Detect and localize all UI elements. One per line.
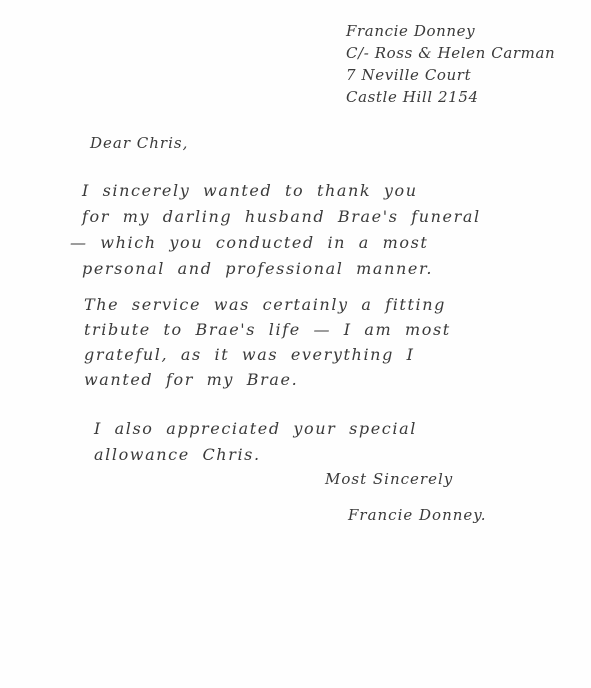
paragraph-line: wanted for my Brae. xyxy=(84,367,451,392)
sender-address: Francie Donney C/- Ross & Helen Carman 7… xyxy=(346,20,555,108)
salutation: Dear Chris, xyxy=(90,134,188,152)
paragraph-service: The service was certainly a fitting trib… xyxy=(84,292,451,392)
closing: Most Sincerely xyxy=(325,470,453,488)
paragraph-line: tribute to Brae's life — I am most xyxy=(84,317,451,342)
paragraph-line: — which you conducted in a most xyxy=(70,230,481,256)
sender-care-of: C/- Ross & Helen Carman xyxy=(346,42,555,64)
paragraph-line: personal and professional manner. xyxy=(82,256,481,282)
letter-page: Francie Donney C/- Ross & Helen Carman 7… xyxy=(0,0,591,688)
paragraph-line: I also appreciated your special xyxy=(94,416,417,442)
paragraph-line: grateful, as it was everything I xyxy=(84,342,451,367)
sender-name: Francie Donney xyxy=(346,20,555,42)
sender-street: 7 Neville Court xyxy=(346,64,555,86)
paragraph-line: I sincerely wanted to thank you xyxy=(82,178,481,204)
paragraph-line: The service was certainly a fitting xyxy=(84,292,451,317)
signature: Francie Donney. xyxy=(348,506,487,524)
paragraph-line: allowance Chris. xyxy=(94,442,417,468)
paragraph-thanks: I sincerely wanted to thank you for my d… xyxy=(82,178,481,282)
paragraph-allowance: I also appreciated your special allowanc… xyxy=(94,416,417,468)
paragraph-line: for my darling husband Brae's funeral xyxy=(82,204,481,230)
sender-suburb: Castle Hill 2154 xyxy=(346,86,555,108)
